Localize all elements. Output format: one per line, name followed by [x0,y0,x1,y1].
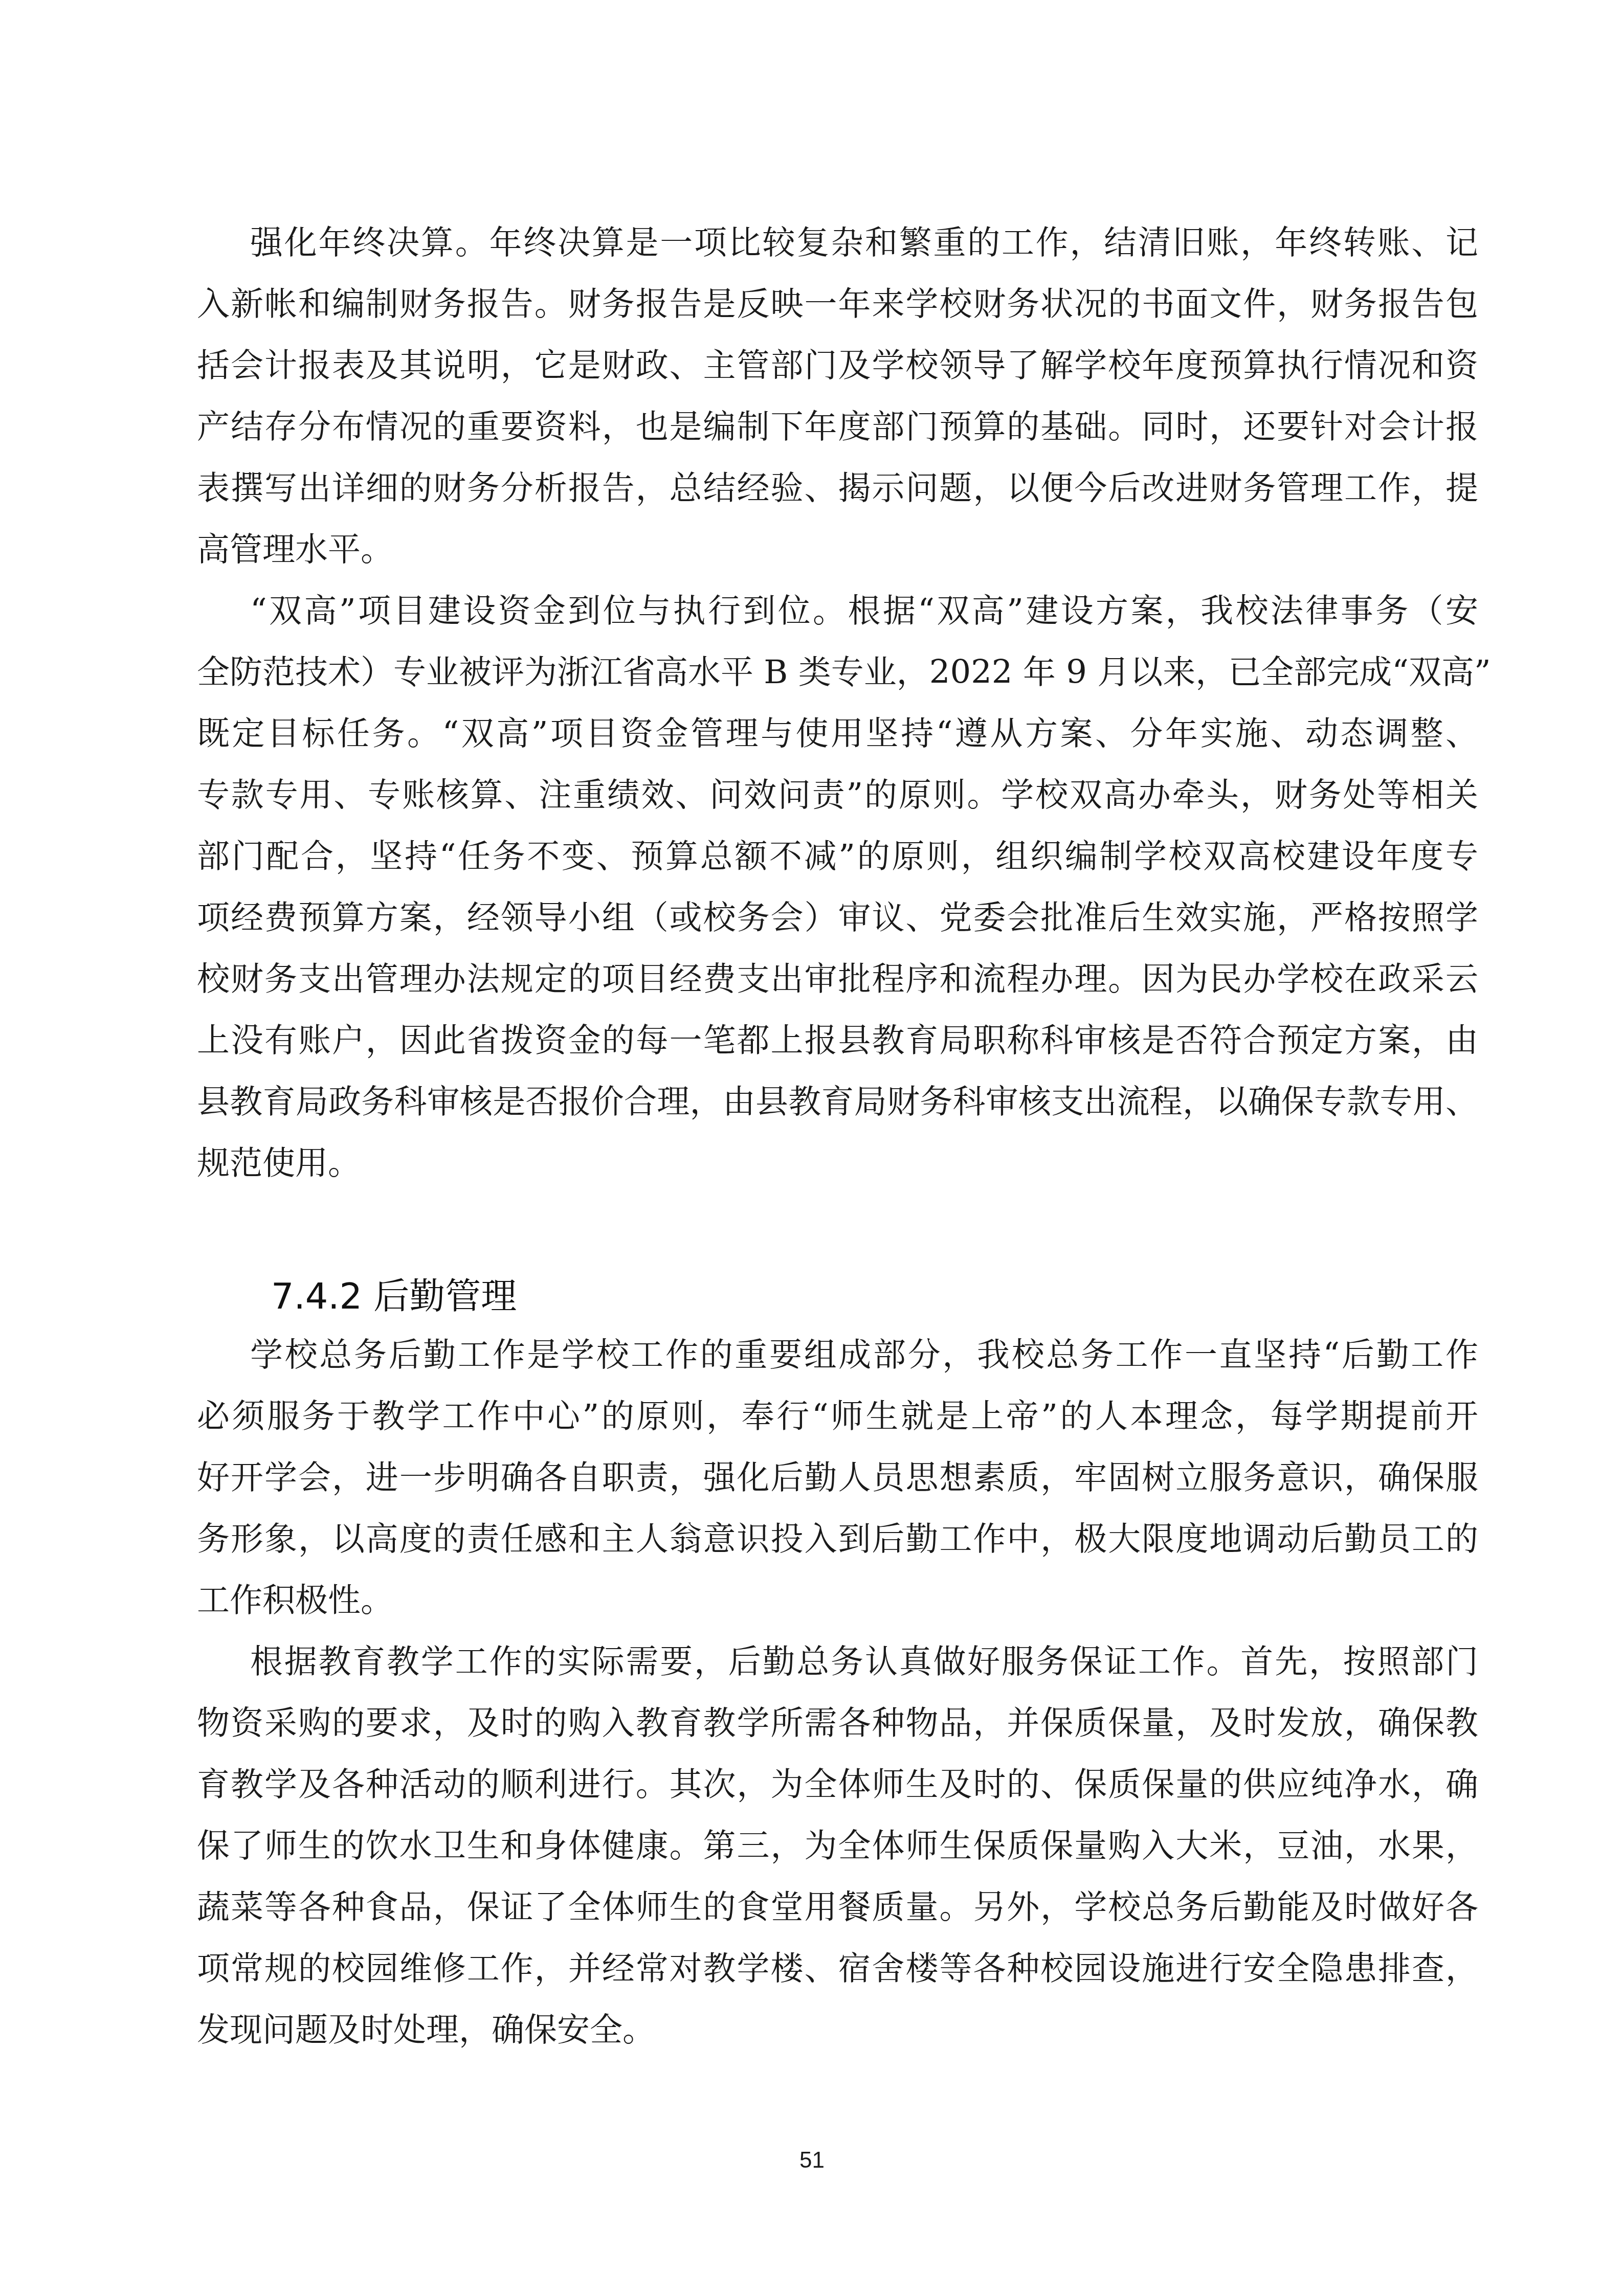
text-line: 既定目标任务。“双高”项目资金管理与使用坚持“遵从方案、分年实施、动态调整、 [197,708,1478,759]
text-line: 强化年终决算。年终决算是一项比较复杂和繁重的工作，结清旧账，年终转账、记 [250,217,1478,268]
text-line: 蔬菜等各种食品，保证了全体师生的食堂用餐质量。另外，学校总务后勤能及时做好各 [197,1882,1478,1933]
text-line: 括会计报表及其说明，它是财政、主管部门及学校领导了解学校年度预算执行情况和资 [197,340,1478,391]
section-heading: 7.4.2 后勤管理 [271,1271,517,1322]
text-line: 好开学会，进一步明确各自职责，强化后勤人员思想素质，牢固树立服务意识，确保服 [197,1452,1478,1503]
text-line: 工作积极性。 [197,1575,1478,1626]
text-line: 全防范技术）专业被评为浙江省高水平 B 类专业，2022 年 9 月以来，已全部… [197,647,1478,698]
text-line: 必须服务于教学工作中心”的原则，奉行“师生就是上帝”的人本理念，每学期提前开 [197,1391,1478,1442]
document-page: 强化年终决算。年终决算是一项比较复杂和繁重的工作，结清旧账，年终转账、记 入新帐… [0,0,1624,2296]
text-line: 专款专用、专账核算、注重绩效、问效问责”的原则。学校双高办牵头，财务处等相关 [197,770,1478,821]
text-line: 上没有账户，因此省拨资金的每一笔都上报县教育局职称科审核是否符合预定方案，由 [197,1015,1478,1066]
text-line: 部门配合，坚持“任务不变、预算总额不减”的原则，组织编制学校双高校建设年度专 [197,831,1478,882]
text-line: 项常规的校园维修工作，并经常对教学楼、宿舍楼等各种校园设施进行安全隐患排查， [197,1943,1478,1994]
text-line: 务形象，以高度的责任感和主人翁意识投入到后勤工作中，极大限度地调动后勤员工的 [197,1514,1478,1565]
text-line: 根据教育教学工作的实际需要，后勤总务认真做好服务保证工作。首先，按照部门 [250,1636,1478,1687]
text-line: 入新帐和编制财务报告。财务报告是反映一年来学校财务状况的书面文件，财务报告包 [197,279,1478,330]
text-line: 物资采购的要求，及时的购入教育教学所需各种物品，并保质保量，及时发放，确保教 [197,1698,1478,1749]
text-line: 发现问题及时处理，确保安全。 [197,2005,1478,2056]
page-number: 51 [0,2140,1624,2181]
text-line: 学校总务后勤工作是学校工作的重要组成部分，我校总务工作一直坚持“后勤工作 [250,1330,1478,1381]
text-line: 规范使用。 [197,1138,1478,1189]
text-line: 表撰写出详细的财务分析报告，总结经验、揭示问题，以便今后改进财务管理工作，提 [197,463,1478,514]
text-line: 项经费预算方案，经领导小组（或校务会）审议、党委会批准后生效实施，严格按照学 [197,892,1478,943]
text-line: 保了师生的饮水卫生和身体健康。第三，为全体师生保质保量购入大米，豆油，水果， [197,1820,1478,1872]
text-line: 高管理水平。 [197,524,1478,575]
text-line: 产结存分布情况的重要资料，也是编制下年度部门预算的基础。同时，还要针对会计报 [197,401,1478,453]
text-line: 校财务支出管理办法规定的项目经费支出审批程序和流程办理。因为民办学校在政采云 [197,954,1478,1005]
text-line: 育教学及各种活动的顺利进行。其次，为全体师生及时的、保质保量的供应纯净水，确 [197,1759,1478,1810]
text-line: 县教育局政务科审核是否报价合理，由县教育局财务科审核支出流程，以确保专款专用、 [197,1076,1478,1128]
text-line: “双高”项目建设资金到位与执行到位。根据“双高”建设方案，我校法律事务（安 [250,586,1478,637]
